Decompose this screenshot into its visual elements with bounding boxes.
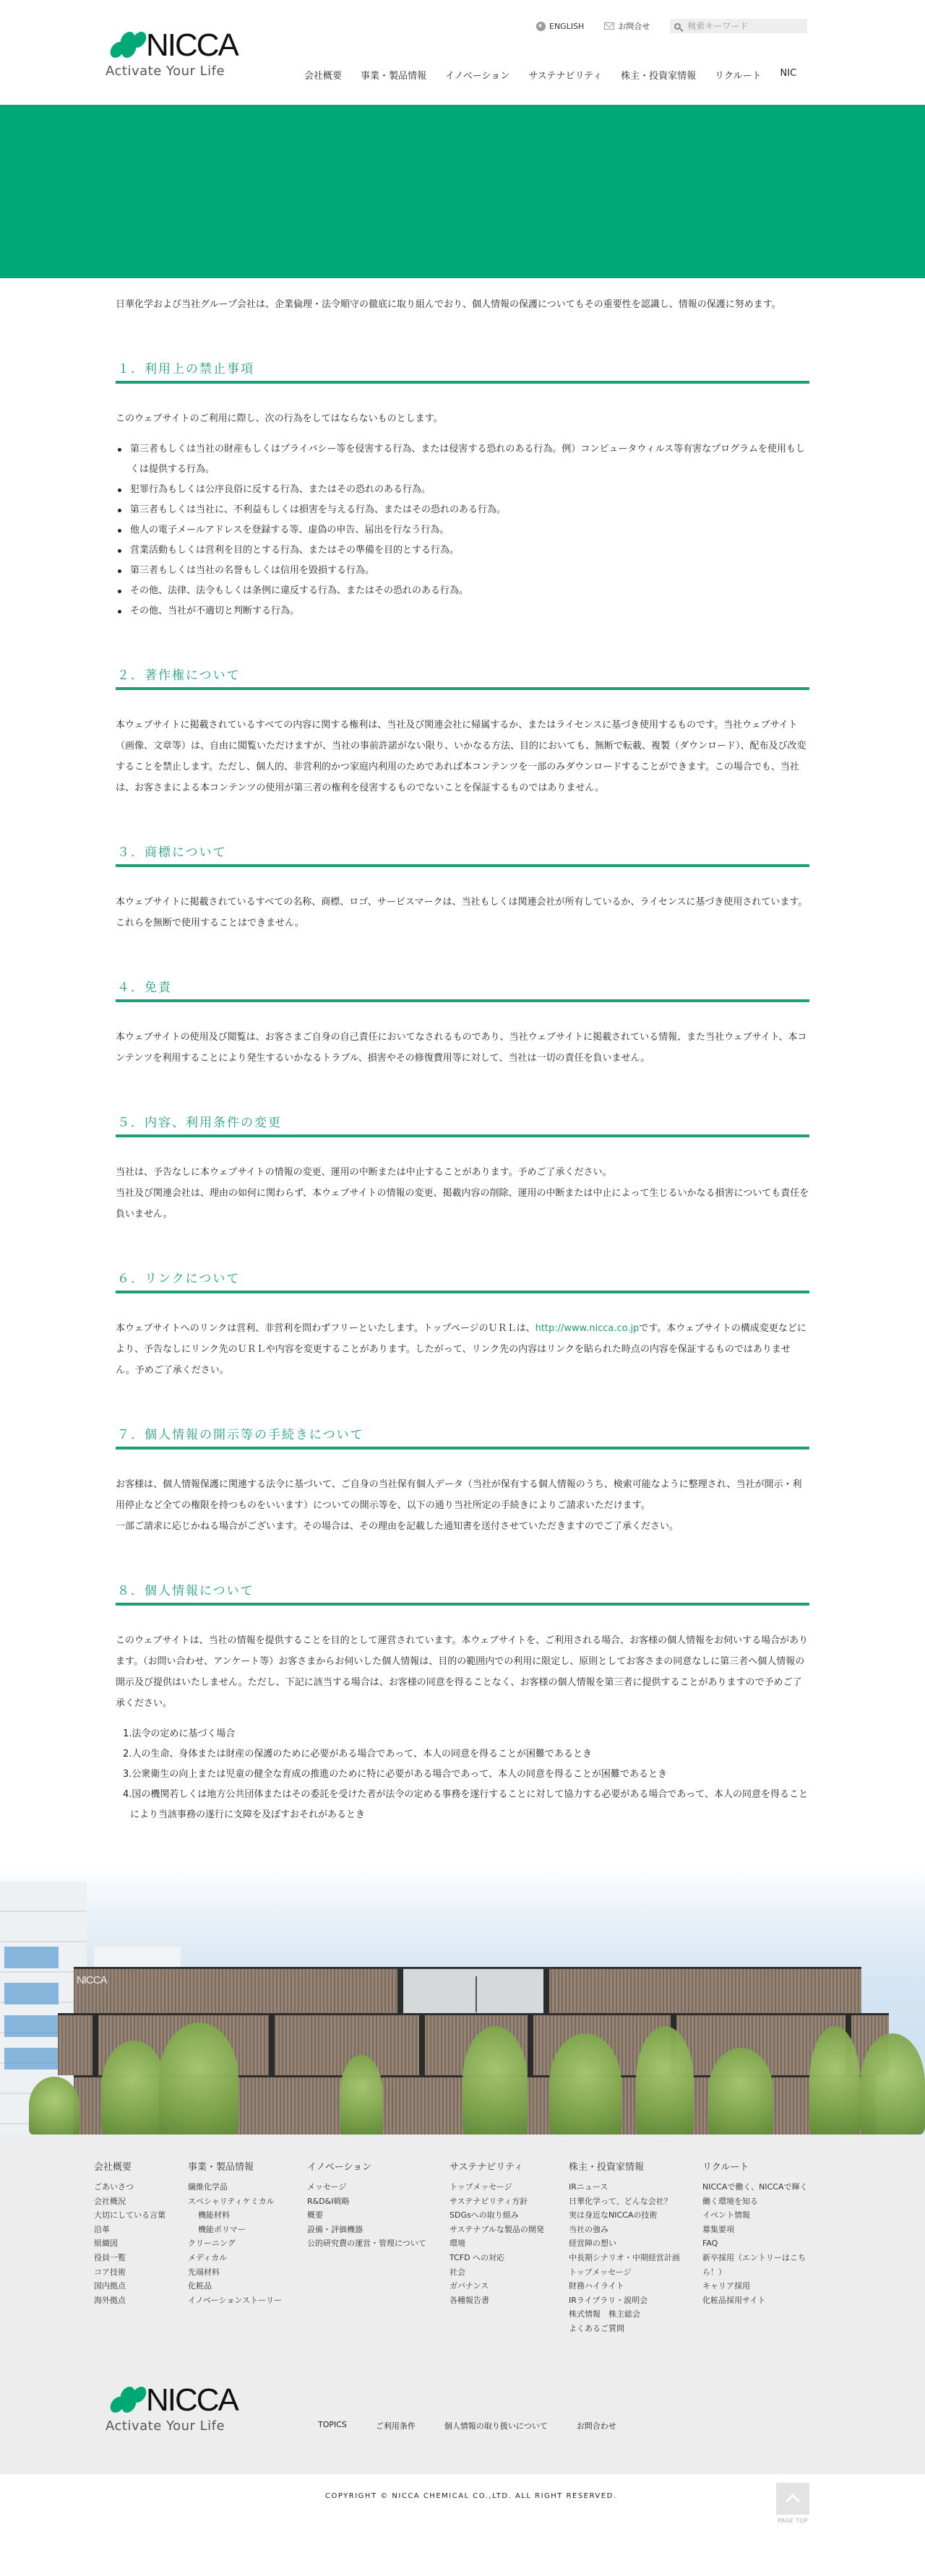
footer-link[interactable]: ごあいさつ <box>94 2180 188 2194</box>
logo-wordmark: NICCA <box>146 29 238 62</box>
list-item: 1.法令の定めに基づく場合 <box>123 1724 809 1744</box>
section-lead: このウェブサイトのご利用に際し、次の行為をしてはならないものとします。 <box>116 408 809 429</box>
footer-link[interactable]: 大切にしている言葉 <box>94 2208 188 2223</box>
footer-link[interactable]: 当社の強み <box>569 2223 702 2237</box>
footer-link[interactable]: 先端材料 <box>188 2265 307 2280</box>
footer-col-heading[interactable]: 会社概要 <box>94 2159 188 2173</box>
search-input[interactable] <box>687 21 796 31</box>
footer-link[interactable]: メッセージ <box>307 2180 449 2194</box>
footer-col-heading[interactable]: 株主・投資家情報 <box>569 2159 702 2173</box>
chevron-up-icon <box>776 2483 809 2515</box>
section-changes: ５．内容、利用条件の変更 当社は、予告なしに本ウェブサイトの情報の変更、運用の中… <box>116 1112 809 1225</box>
section-heading: ２．著作権について <box>116 665 809 690</box>
list-item: 第三者もしくは当社の財産もしくはプライバシー等を侵害する行為、または侵害する恐れ… <box>116 439 809 480</box>
english-label: ENGLISH <box>549 22 584 31</box>
footer-link[interactable]: 株式情報 株主総会 <box>569 2307 702 2322</box>
footer-link[interactable]: トップメッセージ <box>569 2265 702 2280</box>
exceptions-list: 1.法令の定めに基づく場合 2.人の生命、身体または財産の保護のために必要がある… <box>116 1724 809 1825</box>
utility-nav: ENGLISH お問合せ <box>536 19 807 33</box>
footer-link[interactable]: キャリア採用 <box>702 2279 825 2293</box>
footer-logo[interactable]: NICCA Activate Your Life <box>106 2384 257 2434</box>
nicca-leaf-icon <box>106 31 145 60</box>
list-item: その他、当社が不適切と判断する行為。 <box>116 601 809 621</box>
building-photo: NICCA <box>0 1867 925 2135</box>
footer-link[interactable]: IRニュース <box>569 2180 702 2194</box>
footer-link[interactable]: 会社概況 <box>94 2194 188 2209</box>
footer-col-heading[interactable]: 事業・製品情報 <box>188 2159 307 2173</box>
footer-link[interactable]: トップメッセージ <box>449 2180 569 2194</box>
footer-link[interactable]: 中長期シナリオ・中期経営計画 <box>569 2251 702 2265</box>
footer-link[interactable]: 組織図 <box>94 2236 188 2251</box>
list-item: 第三者もしくは当社の名誉もしくは信用を毀損する行為。 <box>116 561 809 581</box>
footer-link[interactable]: 新卒採用（エントリーはこちら！） <box>702 2251 825 2279</box>
footer-col-heading[interactable]: イノベーション <box>307 2159 449 2173</box>
section-heading: ７．個人情報の開示等の手続きについて <box>116 1424 809 1449</box>
list-item: 他人の電子メールアドレスを登録する等、虚偽の申告、届出を行なう行為。 <box>116 520 809 540</box>
section-copyright: ２．著作権について 本ウェブサイトに掲載されているすべての内容に関する権利は、当… <box>116 665 809 798</box>
section-trademark: ３．商標について 本ウェブサイトに掲載されているすべての名称、商標、ロゴ、サービ… <box>116 842 809 934</box>
footer-col-innovation: イノベーション メッセージ R&D&I戦略 概要 設備・評価機器 公的研究費の運… <box>307 2159 449 2336</box>
footer-link[interactable]: 概要 <box>307 2208 449 2223</box>
privacy-link[interactable]: 個人情報の取り扱いについて <box>444 2420 548 2431</box>
list-item: 4.国の機関若しくは地方公共団体またはその委託を受けた者が法令の定める事務を遂行… <box>123 1785 809 1825</box>
footer-col-company: 会社概要 ごあいさつ 会社概況 大切にしている言葉 沿革 組織図 役員一覧 コア… <box>94 2159 188 2336</box>
footer-col-heading[interactable]: リクルート <box>702 2159 825 2173</box>
search-icon[interactable] <box>674 23 681 30</box>
footer-link[interactable]: 実は身近なNICCAの技術 <box>569 2208 702 2223</box>
footer-link[interactable]: クリーニング <box>188 2236 307 2251</box>
footer-link[interactable]: イノベーションストーリー <box>188 2293 307 2308</box>
footer-link[interactable]: TCFD への対応 <box>449 2251 569 2265</box>
nav-business[interactable]: 事業・製品情報 <box>361 68 426 82</box>
footer-col-heading[interactable]: サステナビリティ <box>449 2159 569 2173</box>
mail-icon <box>604 22 614 30</box>
section-body: 当社及び関連会社は、理由の如何に関わらず、本ウェブサイトの情報の変更、掲載内容の… <box>116 1183 809 1225</box>
top-page-url-link[interactable]: http://www.nicca.co.jp <box>535 1323 640 1334</box>
logo-wordmark: NICCA <box>146 2384 238 2417</box>
footer-link[interactable]: イベント情報 <box>702 2208 825 2223</box>
contact-link[interactable]: お問合せ <box>604 20 650 32</box>
footer-link[interactable]: 化粧品 <box>188 2279 307 2293</box>
english-link[interactable]: ENGLISH <box>536 22 584 31</box>
footer-link[interactable]: 働く環境を知る <box>702 2194 825 2209</box>
nav-innovation[interactable]: イノベーション <box>445 68 509 82</box>
main-content: 日華化学および当社グループ会社は、企業倫理・法令順守の徹底に取り組んでおり、個人… <box>0 294 925 1825</box>
footer-link[interactable]: 役員一覧 <box>94 2251 188 2265</box>
footer-link[interactable]: 機能材料 <box>188 2208 307 2223</box>
footer-link[interactable]: 財務ハイライト <box>569 2279 702 2293</box>
section-links: ６．リンクについて 本ウェブサイトへのリンクは営利、非営利を問わずフリーといたし… <box>116 1268 809 1381</box>
list-item: 3.公衆衛生の向上または児童の健全な育成の推進のために特に必要がある場合であって… <box>123 1765 809 1785</box>
footer-link[interactable]: 公的研究費の運営・管理について <box>307 2236 449 2251</box>
footer-link[interactable]: 各種報告書 <box>449 2293 569 2308</box>
footer-col-recruit: リクルート NICCAで働く、NICCAで輝く 働く環境を知る イベント情報 募… <box>702 2159 825 2336</box>
footer-col-business: 事業・製品情報 繊維化学品 スペシャリティケミカル 機能材料 機能ポリマー クリ… <box>188 2159 307 2336</box>
section-disclaimer: ４．免責 本ウェブサイトの使用及び閲覧は、お客さまご自身の自己責任においてなされ… <box>116 977 809 1069</box>
footer-sitemap: 会社概要 ごあいさつ 会社概況 大切にしている言葉 沿革 組織図 役員一覧 コア… <box>94 2159 825 2336</box>
section-body: 当社は、予告なしに本ウェブサイトの情報の変更、運用の中断または中止することがあり… <box>116 1162 809 1183</box>
footer-link[interactable]: 化粧品採用サイト <box>702 2293 825 2308</box>
global-nav: 会社概要 事業・製品情報 イノベーション サステナビリティ 株主・投資家情報 リ… <box>304 68 815 82</box>
contact-footer-link[interactable]: お問合わせ <box>577 2420 616 2431</box>
section-body: お客様は、個人情報保護に関連する法令に基づいて、ご自身の当社保有個人データ（当社… <box>116 1474 809 1516</box>
section-personal-info: ８．個人情報について このウェブサイトは、当社の情報を提供することを目的として運… <box>116 1580 809 1825</box>
nicca-leaf-icon <box>106 2386 145 2415</box>
nav-nicca-truncated[interactable]: NIC <box>780 68 797 82</box>
list-item: 犯罪行為もしくは公序良俗に反する行為、またはその恐れのある行為。 <box>116 480 809 500</box>
list-item: 第三者もしくは当社に、不利益もしくは損害を与える行為、またはその恐れのある行為。 <box>116 500 809 520</box>
footer-link[interactable]: 設備・評価機器 <box>307 2223 449 2237</box>
section-heading: ６．リンクについて <box>116 1268 809 1293</box>
footer-col-sustainability: サステナビリティ トップメッセージ サステナビリティ方針 SDGsへの取り組み … <box>449 2159 569 2336</box>
section-heading: ８．個人情報について <box>116 1580 809 1606</box>
footer-link[interactable]: 募集要項 <box>702 2223 825 2237</box>
footer-link[interactable]: 海外拠点 <box>94 2293 188 2308</box>
intro-text: 日華化学および当社グループ会社は、企業倫理・法令順守の徹底に取り組んでおり、個人… <box>116 294 809 315</box>
links-text-before: 本ウェブサイトへのリンクは営利、非営利を問わずフリーといたします。トップページの… <box>116 1323 535 1334</box>
footer-link[interactable]: 国内拠点 <box>94 2279 188 2293</box>
list-item: 営業活動もしくは営利を目的とする行為、またはその準備を目的とする行為。 <box>116 540 809 561</box>
contact-label: お問合せ <box>618 20 650 32</box>
footer-link[interactable]: よくあるご質問 <box>569 2322 702 2336</box>
section-prohibited-acts: １．利用上の禁止事項 このウェブサイトのご利用に際し、次の行為をしてはならないも… <box>116 358 809 621</box>
hero-banner <box>0 105 925 278</box>
section-heading: ４．免責 <box>116 977 809 1002</box>
section-disclosure: ７．個人情報の開示等の手続きについて お客様は、個人情報保護に関連する法令に基づ… <box>116 1424 809 1537</box>
footer-link[interactable]: コア技術 <box>94 2265 188 2280</box>
list-item: 2.人の生命、身体または財産の保護のために必要がある場合であって、本人の同意を得… <box>123 1744 809 1765</box>
nav-recruit[interactable]: リクルート <box>715 68 761 82</box>
footer-link[interactable]: IRライブラリ・説明会 <box>569 2293 702 2308</box>
list-item: その他、法律、法令もしくは条例に違反する行為、またはその恐れのある行為。 <box>116 581 809 601</box>
footer-col-ir: 株主・投資家情報 IRニュース 日華化学って、どんな会社？ 実は身近なNICCA… <box>569 2159 702 2336</box>
section-heading: ５．内容、利用条件の変更 <box>116 1112 809 1137</box>
footer-link[interactable]: R&D&I戦略 <box>307 2194 449 2209</box>
terms-link[interactable]: ご利用条件 <box>376 2420 416 2431</box>
logo-tagline: Activate Your Life <box>106 2418 257 2434</box>
footer-link[interactable]: FAQ <box>702 2236 825 2251</box>
footer-link[interactable]: 繊維化学品 <box>188 2180 307 2194</box>
footer-link[interactable]: 環境 <box>449 2236 569 2251</box>
footer-link[interactable]: スペシャリティケミカル <box>188 2194 307 2209</box>
footer-link[interactable]: サステナブルな製品の開発 <box>449 2223 569 2237</box>
section-heading: １．利用上の禁止事項 <box>116 358 809 384</box>
footer-link[interactable]: サステナビリティ方針 <box>449 2194 569 2209</box>
copyright-bar: COPYRIGHT © NICCA CHEMICAL CO.,LTD. ALL … <box>0 2474 925 2576</box>
page-top-button[interactable]: PAGE TOP <box>776 2483 809 2524</box>
nav-sustainability[interactable]: サステナビリティ <box>528 68 602 82</box>
footer-link[interactable]: ガバナンス <box>449 2279 569 2293</box>
page-top-label: PAGE TOP <box>776 2517 809 2524</box>
footer-link[interactable]: メディカル <box>188 2251 307 2265</box>
footer-link[interactable]: 経営陣の想い <box>569 2236 702 2251</box>
site-header: NICCA Activate Your Life ENGLISH お問合せ 会社… <box>0 0 925 105</box>
prohibited-list: 第三者もしくは当社の財産もしくはプライバシー等を侵害する行為、または侵害する恐れ… <box>116 439 809 621</box>
section-body: このウェブサイトは、当社の情報を提供することを目的として運営されています。本ウェ… <box>116 1630 809 1714</box>
footer-link[interactable]: 沿革 <box>94 2223 188 2237</box>
footer-link[interactable]: 日華化学って、どんな会社？ <box>569 2194 702 2209</box>
footer-link[interactable]: NICCAで働く、NICCAで輝く <box>702 2180 825 2194</box>
building-sign: NICCA <box>77 1974 107 1986</box>
section-body: 本ウェブサイトに掲載されているすべての名称、商標、ロゴ、サービスマークは、当社も… <box>116 892 809 934</box>
nav-ir[interactable]: 株主・投資家情報 <box>621 68 696 82</box>
section-body: 一部ご請求に応じかねる場合がございます。その場合は、その理由を記載した通知書を送… <box>116 1516 809 1537</box>
site-footer: 会社概要 ごあいさつ 会社概況 大切にしている言葉 沿革 組織図 役員一覧 コア… <box>0 2135 925 2474</box>
section-body: 本ウェブサイトの使用及び閲覧は、お客さまご自身の自己責任においてなされるものであ… <box>116 1027 809 1069</box>
section-body: 本ウェブサイトに掲載されているすべての内容に関する権利は、当社及び関連会社に帰属… <box>116 715 809 798</box>
site-logo[interactable]: NICCA Activate Your Life <box>106 29 257 79</box>
nav-company[interactable]: 会社概要 <box>304 68 342 82</box>
topics-link[interactable]: TOPICS <box>318 2420 347 2431</box>
globe-icon <box>536 22 546 31</box>
footer-bottom-links: TOPICS ご利用条件 個人情報の取り扱いについて お問合わせ <box>318 2420 645 2431</box>
logo-tagline: Activate Your Life <box>106 64 257 79</box>
footer-link[interactable]: 社会 <box>449 2265 569 2280</box>
footer-link[interactable]: 機能ポリマー <box>188 2223 307 2237</box>
section-heading: ３．商標について <box>116 842 809 867</box>
copyright-text: COPYRIGHT © NICCA CHEMICAL CO.,LTD. ALL … <box>325 2492 616 2500</box>
search-box <box>670 19 807 33</box>
section-body: 本ウェブサイトへのリンクは営利、非営利を問わずフリーといたします。トップページの… <box>116 1318 809 1381</box>
footer-link[interactable]: SDGsへの取り組み <box>449 2208 569 2223</box>
